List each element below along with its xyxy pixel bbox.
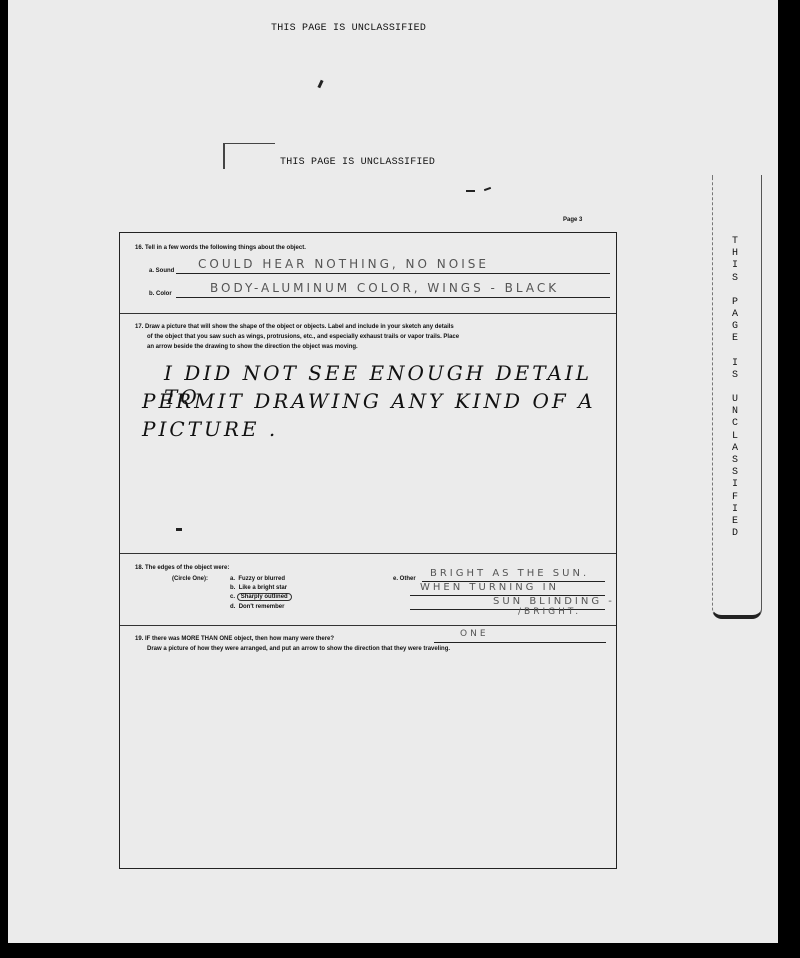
other-label: e. Other bbox=[393, 575, 416, 584]
circle-one-label: (Circle One): bbox=[172, 575, 208, 584]
edge-option-b[interactable]: b. Like a bright star bbox=[230, 584, 287, 593]
scan-speck bbox=[484, 187, 491, 191]
question-16: 16. Tell in a few words the following th… bbox=[120, 233, 616, 314]
classification-banner-middle: THIS PAGE IS UNCLASSIFIED bbox=[280, 157, 435, 168]
other-answer-line1: BRIGHT AS THE SUN. bbox=[430, 568, 589, 579]
question-17-prompt-line1: 17. Draw a picture that will show the sh… bbox=[135, 323, 454, 332]
classification-banner-side: T H I S P A G E I S U N C L A S S I F I … bbox=[728, 236, 742, 540]
color-label: b. Color bbox=[149, 290, 172, 299]
object-count-answer: ONE bbox=[460, 629, 489, 639]
question-19-prompt-line2: Draw a picture of how they were arranged… bbox=[147, 645, 450, 654]
drawing-answer-line2: PERMIT DRAWING ANY KIND OF A bbox=[142, 389, 596, 413]
circled-answer: Sharply outlined bbox=[237, 593, 292, 601]
question-17-prompt-line3: an arrow beside the drawing to show the … bbox=[147, 343, 358, 352]
classification-banner-top: THIS PAGE IS UNCLASSIFIED bbox=[271, 23, 426, 34]
question-17: 17. Draw a picture that will show the sh… bbox=[120, 315, 616, 554]
sound-answer: COULD HEAR NOTHING, NO NOISE bbox=[198, 257, 489, 271]
sound-label: a. Sound bbox=[149, 267, 174, 276]
questionnaire-form: 16. Tell in a few words the following th… bbox=[119, 232, 617, 869]
other-answer-line2: WHEN TURNING IN bbox=[420, 582, 559, 593]
question-18: 18. The edges of the object were: (Circl… bbox=[120, 555, 616, 626]
edge-option-d[interactable]: d. Don't remember bbox=[230, 603, 284, 612]
question-17-prompt-line2: of the object that you saw such as wings… bbox=[147, 333, 459, 342]
question-18-prompt: 18. The edges of the object were: bbox=[135, 564, 229, 573]
drawing-answer-line3: PICTURE . bbox=[142, 417, 278, 441]
bracket-mark bbox=[223, 143, 275, 169]
other-answer-line4: /BRIGHT. bbox=[518, 607, 581, 617]
edge-option-c[interactable]: c. Sharply outlined bbox=[230, 593, 292, 602]
question-19: 19. IF there was MORE THAN ONE object, t… bbox=[120, 627, 616, 867]
page-number: Page 3 bbox=[563, 217, 582, 223]
edge-option-a[interactable]: a. Fuzzy or blurred bbox=[230, 575, 285, 584]
scan-speck bbox=[317, 80, 323, 89]
scanned-page: THIS PAGE IS UNCLASSIFIED THIS PAGE IS U… bbox=[8, 0, 778, 943]
color-answer: BODY-ALUMINUM COLOR, WINGS - BLACK bbox=[210, 281, 559, 295]
question-19-prompt-line1: 19. IF there was MORE THAN ONE object, t… bbox=[135, 635, 334, 644]
question-16-prompt: 16. Tell in a few words the following th… bbox=[135, 244, 306, 253]
scan-speck bbox=[466, 190, 475, 192]
other-answer-line3: SUN BLINDING - bbox=[493, 596, 615, 607]
